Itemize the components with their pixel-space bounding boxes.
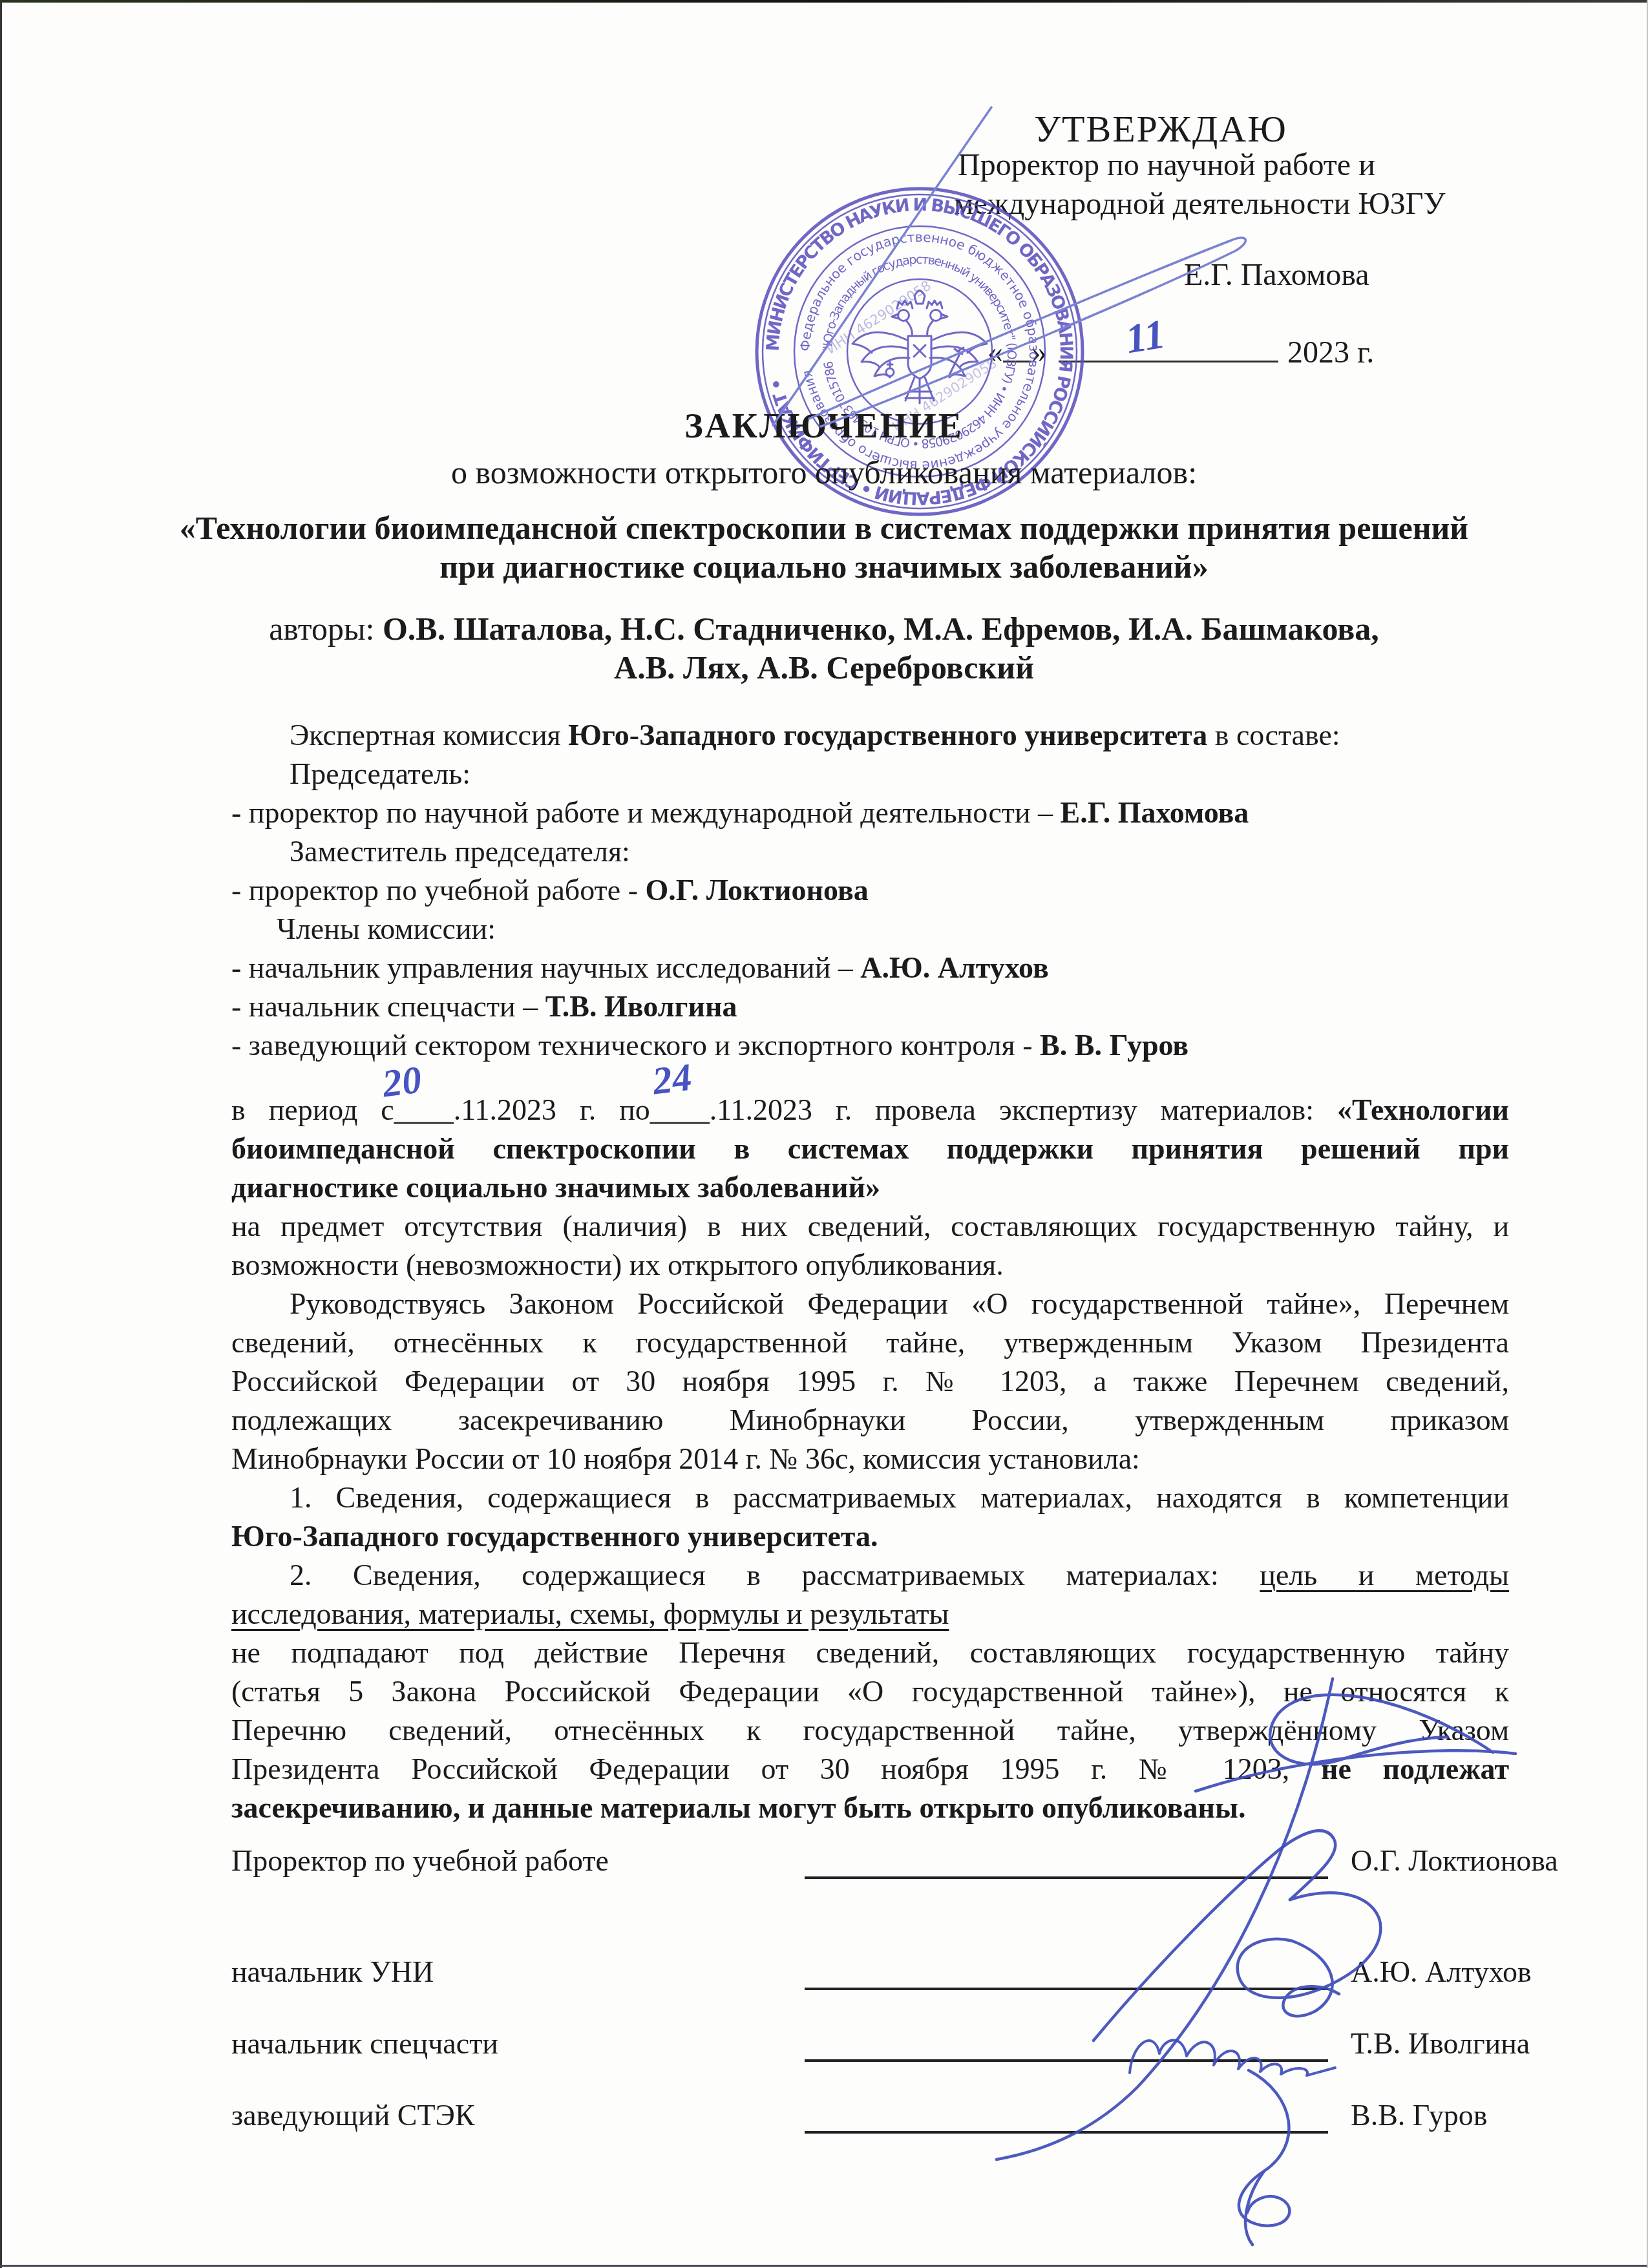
body-block-line-14: не подпадают под действие Перечня сведен… bbox=[231, 1633, 1509, 1672]
date-year: 2023 г. bbox=[1287, 335, 1374, 370]
commission-block-line-3: Заместитель председателя: bbox=[231, 832, 1509, 871]
commission-block-line-8: - заведующий сектором технического и экс… bbox=[231, 1026, 1509, 1065]
body-block-line-13: исследования, материалы, схемы, формулы … bbox=[231, 1595, 1509, 1633]
text-segment: - проректор по научной работе и междунар… bbox=[231, 796, 1061, 829]
text-segment: - начальник спецчасти – bbox=[231, 990, 545, 1023]
authors-line2: А.В. Лях, А.В. Серебровский bbox=[0, 649, 1648, 686]
authors-label: авторы: bbox=[269, 611, 383, 647]
signature-label: заведующий СТЭК bbox=[231, 2096, 475, 2135]
text-segment: исследования, материалы, схемы, формулы … bbox=[231, 1597, 949, 1630]
signature-line bbox=[805, 1842, 1328, 1879]
handwritten-date-to: 24 bbox=[650, 1055, 694, 1104]
document-subtitle: о возможности открытого опубликования ма… bbox=[0, 454, 1648, 491]
scanned-document-page: УТВЕРЖДАЮ Проректор по научной работе и … bbox=[0, 0, 1648, 2268]
authors-names-1: О.В. Шаталова, Н.С. Стадниченко, М.А. Еф… bbox=[383, 611, 1379, 647]
text-segment: .11.2023 г. по bbox=[454, 1093, 650, 1126]
signature-name: О.Г. Локтионова bbox=[1351, 1842, 1558, 1880]
body-block-line-5: Руководствуясь Законом Российской Федера… bbox=[231, 1285, 1509, 1323]
approver-name: Е.Г. Пахомова bbox=[1184, 257, 1369, 293]
approver-title-line1: Проректор по научной работе и bbox=[958, 147, 1375, 183]
commission-block-line-6: - начальник управления научных исследова… bbox=[231, 949, 1509, 987]
authors-line1: авторы: О.В. Шаталова, Н.С. Стадниченко,… bbox=[0, 610, 1648, 647]
body-block-line-4: возможности (невозможности) их открытого… bbox=[231, 1246, 1509, 1285]
text-segment: Председатель: bbox=[290, 757, 470, 790]
text-segment: не подпадают под действие Перечня сведен… bbox=[231, 1636, 1509, 1669]
handwritten-date-from: 20 bbox=[380, 1058, 424, 1107]
text-segment: Е.Г. Пахомова bbox=[1061, 796, 1249, 829]
body-block-line-6: сведений, отнесённых к государственной т… bbox=[231, 1323, 1509, 1362]
body-block-line-3: на предмет отсутствия (наличия) в них св… bbox=[231, 1207, 1509, 1246]
text-segment: А.Ю. Алтухов bbox=[860, 951, 1048, 984]
text-segment: Руководствуясь Законом Российской Федера… bbox=[290, 1287, 1509, 1320]
subject-title-line1: «Технологии биоимпедансной спектроскопии… bbox=[0, 509, 1648, 547]
body-block-line-2: диагностике социально значимых заболеван… bbox=[231, 1168, 1509, 1207]
signature-name: А.Ю. Алтухов bbox=[1351, 1953, 1532, 1991]
text-segment: диагностике социально значимых заболеван… bbox=[231, 1171, 880, 1204]
text-segment: 2. Сведения, содержащиеся в рассматривае… bbox=[290, 1559, 1260, 1591]
signature-line bbox=[805, 1953, 1328, 1990]
text-segment: 1. Сведения, содержащиеся в рассматривае… bbox=[290, 1481, 1509, 1514]
commission-block: Экспертная комиссия Юго-Западного госуда… bbox=[231, 716, 1509, 1065]
text-segment: Заместитель председателя: bbox=[290, 835, 630, 868]
body-block-line-15: (статья 5 Закона Российской Федерации «О… bbox=[231, 1672, 1509, 1711]
text-segment: не подлежат bbox=[1321, 1752, 1509, 1785]
text-segment: Минобрнауки России от 10 ноября 2014 г. … bbox=[231, 1442, 1140, 1475]
text-segment: Президента Российской Федерации от 30 но… bbox=[231, 1752, 1321, 1785]
body-block-line-17: Президента Российской Федерации от 30 но… bbox=[231, 1750, 1509, 1789]
body-block-line-9: Минобрнауки России от 10 ноября 2014 г. … bbox=[231, 1440, 1509, 1478]
text-segment: Перечню сведений, отнесённых к государст… bbox=[231, 1714, 1509, 1747]
signature-label: начальник спецчасти bbox=[231, 2024, 498, 2063]
subject-title-line2: при диагностике социально значимых забол… bbox=[0, 548, 1648, 585]
body-block-line-7: Российской Федерации от 30 ноября 1995 г… bbox=[231, 1362, 1509, 1401]
commission-block-line-0: Экспертная комиссия Юго-Западного госуда… bbox=[231, 716, 1509, 755]
text-segment: - заведующий сектором технического и экс… bbox=[231, 1029, 1040, 1062]
body-block-line-11: Юго-Западного государственного университ… bbox=[231, 1517, 1509, 1556]
text-segment: возможности (невозможности) их открытого… bbox=[231, 1248, 1004, 1281]
text-segment: Т.В. Иволгина bbox=[545, 990, 737, 1023]
commission-block-line-4: - проректор по учебной работе - О.Г. Лок… bbox=[231, 871, 1509, 910]
text-segment: Члены комиссии: bbox=[277, 912, 496, 945]
signature-line bbox=[805, 2024, 1328, 2062]
handwritten-month: 11 bbox=[1123, 310, 1168, 364]
body-block-line-18: засекречиванию, и данные материалы могут… bbox=[231, 1789, 1509, 1827]
body-block-line-12: 2. Сведения, содержащиеся в рассматривае… bbox=[231, 1556, 1509, 1595]
signature-name: Т.В. Иволгина bbox=[1351, 2024, 1530, 2063]
approve-word: УТВЕРЖДАЮ bbox=[1034, 107, 1287, 151]
text-segment: - проректор по учебной работе - bbox=[231, 874, 645, 907]
body-block-line-1: биоимпедансной спектроскопии в системах … bbox=[231, 1129, 1509, 1168]
body-block-line-10: 1. Сведения, содержащиеся в рассматривае… bbox=[231, 1478, 1509, 1517]
commission-block-line-2: - проректор по научной работе и междунар… bbox=[231, 793, 1509, 832]
commission-block-line-7: - начальник спецчасти – Т.В. Иволгина bbox=[231, 987, 1509, 1026]
text-segment: на предмет отсутствия (наличия) в них св… bbox=[231, 1210, 1509, 1243]
commission-block-line-1: Председатель: bbox=[231, 755, 1509, 793]
body-block: в период с____.11.2023 г. по____.11.2023… bbox=[231, 1091, 1509, 1827]
text-segment: О.Г. Локтионова bbox=[645, 874, 868, 907]
scan-edge-bottom bbox=[0, 2265, 1648, 2267]
signature-row-specchast: начальник спецчасти Т.В. Иволгина bbox=[231, 2024, 1595, 2063]
signature-label: начальник УНИ bbox=[231, 1953, 434, 1991]
text-segment: - начальник управления научных исследова… bbox=[231, 951, 860, 984]
body-block-line-16: Перечню сведений, отнесённых к государст… bbox=[231, 1711, 1509, 1750]
body-block-line-8: подлежащих засекречиванию Минобрнауки Ро… bbox=[231, 1401, 1509, 1440]
text-segment: засекречиванию, и данные материалы могут… bbox=[231, 1791, 1245, 1824]
text-segment: подлежащих засекречиванию Минобрнауки Ро… bbox=[231, 1403, 1509, 1436]
text-segment: Российской Федерации от 30 ноября 1995 г… bbox=[231, 1365, 1509, 1398]
signature-label: Проректор по учебной работе bbox=[231, 1842, 609, 1880]
scan-edge-top bbox=[0, 0, 1648, 3]
text-segment: В. В. Гуров bbox=[1040, 1029, 1188, 1062]
text-segment: Экспертная комиссия bbox=[290, 719, 568, 751]
text-segment: (статья 5 Закона Российской Федерации «О… bbox=[231, 1675, 1509, 1708]
commission-block-line-5: Члены комиссии: bbox=[231, 910, 1509, 949]
document-title: ЗАКЛЮЧЕНИЕ bbox=[0, 406, 1648, 446]
text-segment: .11.2023 г. провела экспертизу материало… bbox=[710, 1093, 1337, 1126]
text-segment: в период с bbox=[231, 1093, 394, 1126]
text-segment: цель и методы bbox=[1260, 1559, 1509, 1591]
signature-name: В.В. Гуров bbox=[1351, 2096, 1487, 2135]
text-segment: в составе: bbox=[1207, 719, 1340, 751]
text-segment: «Технологии bbox=[1337, 1093, 1509, 1126]
signature-line bbox=[805, 2096, 1328, 2134]
signature-row-stek: заведующий СТЭК В.В. Гуров bbox=[231, 2096, 1595, 2135]
text-segment: сведений, отнесённых к государственной т… bbox=[231, 1326, 1509, 1359]
signature-row-uni: начальник УНИ А.Ю. Алтухов bbox=[231, 1953, 1595, 1991]
scan-edge-left bbox=[0, 0, 2, 2268]
text-segment: биоимпедансной спектроскопии в системах … bbox=[231, 1132, 1509, 1165]
text-segment: Юго-Западного государственного университ… bbox=[231, 1520, 878, 1553]
signature-row-prorektor: Проректор по учебной работе О.Г. Локтион… bbox=[231, 1842, 1595, 1880]
text-segment: Юго-Западного государственного университ… bbox=[568, 719, 1207, 751]
